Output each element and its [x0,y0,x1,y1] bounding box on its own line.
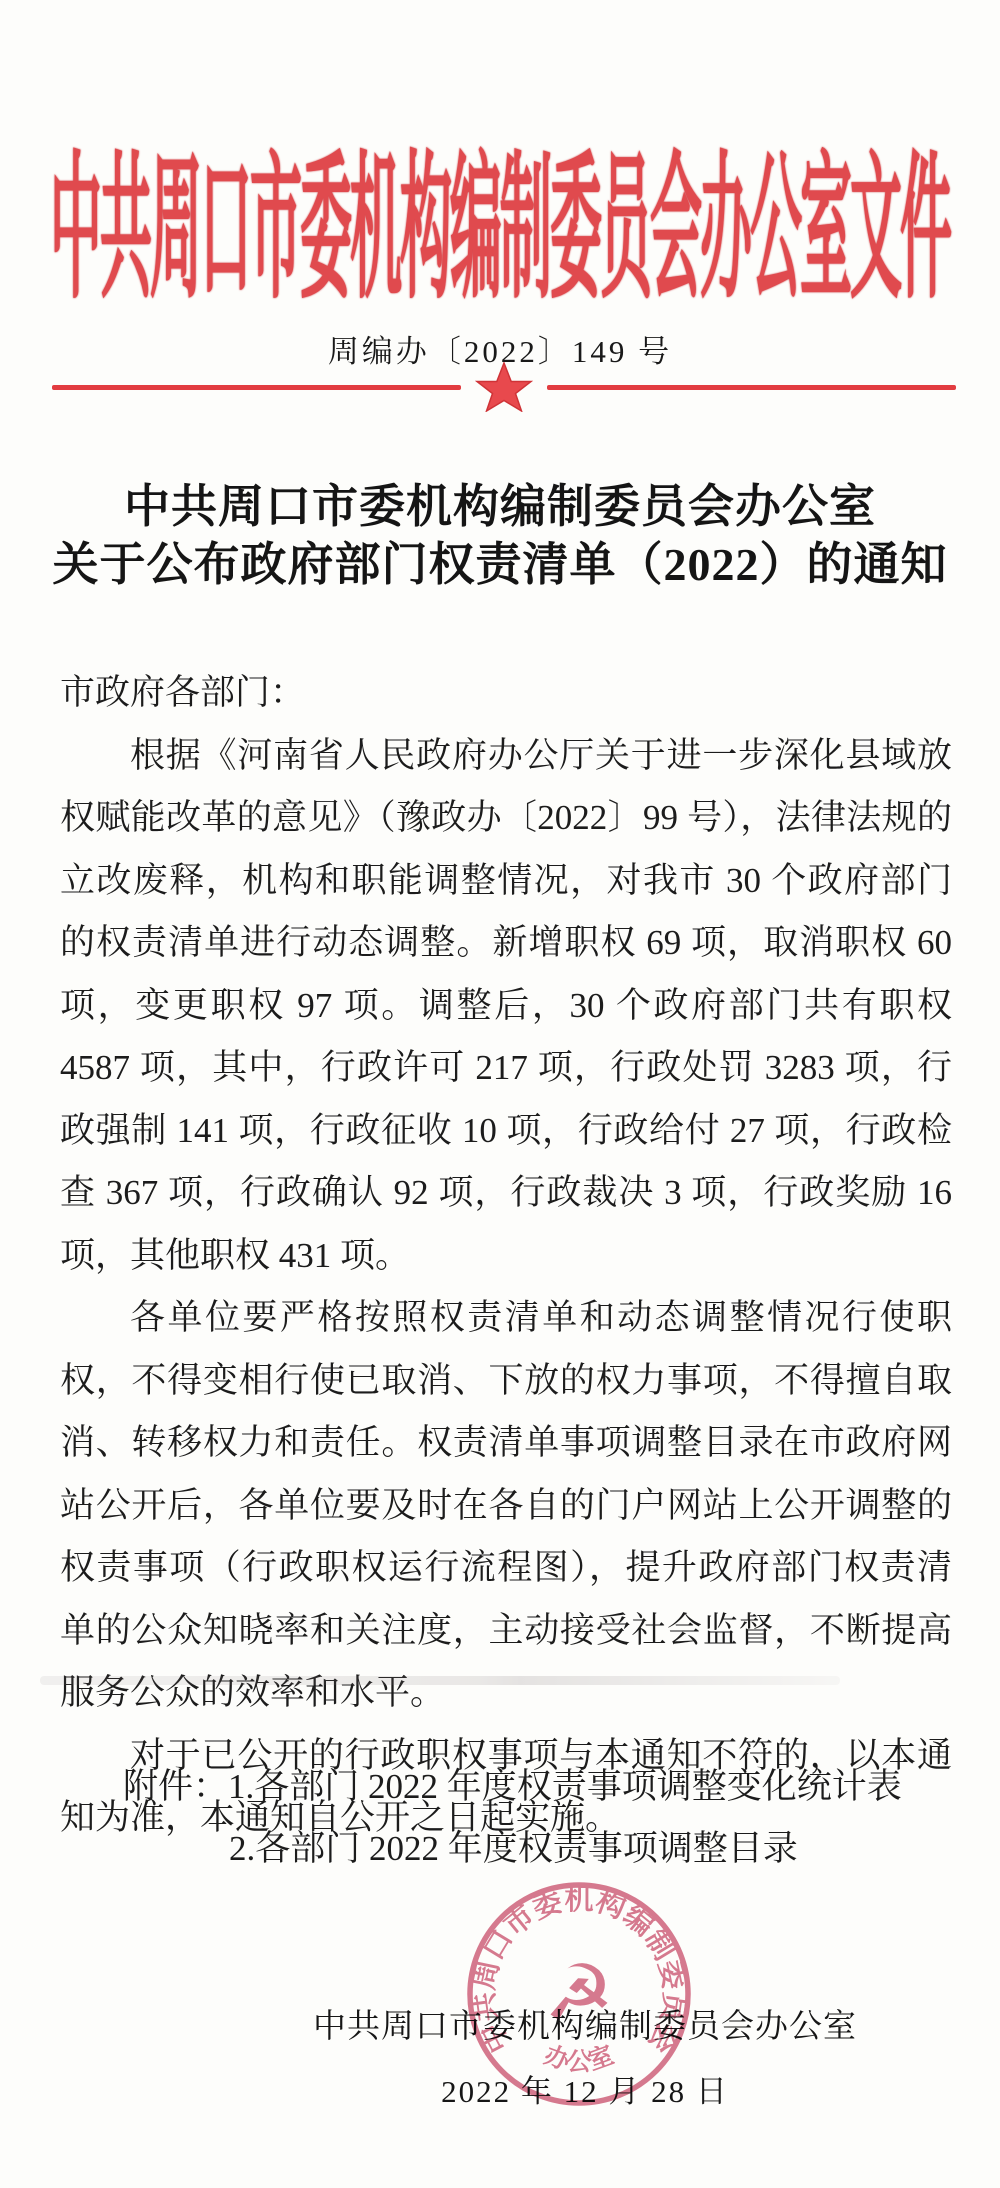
scan-bleedthrough-artifact [40,1676,840,1685]
red-star-icon [475,362,533,412]
attachment-line-2: 2.各部门 2022 年度权责事项调整目录 [229,1818,902,1880]
document-title: 中共周口市委机构编制委员会办公室 关于公布政府部门权责清单（2022）的通知 [0,478,1000,594]
salutation: 市政府各部门： [60,662,952,725]
attachments-block: 附件：1.各部门 2022 年度权责事项调整变化统计表 2.各部门 2022 年… [123,1756,902,1880]
rule-right-segment [547,385,956,390]
letterhead-org-title: 中共周口市委机构编制委员会办公室文件 [50,100,950,329]
official-document-page: 中共周口市委机构编制委员会办公室文件 周编办〔2022〕149 号 中共周口市委… [0,0,1000,2188]
official-seal: 中共周口市委机构编制委员会 办公室 ☭ [461,1876,697,2112]
document-title-line1: 中共周口市委机构编制委员会办公室 [0,478,1000,536]
letterhead-banner: 中共周口市委机构编制委员会办公室文件 [0,100,1000,175]
document-body: 市政府各部门： 根据《河南省人民政府办公厅关于进一步深化县域放权赋能改革的意见》… [60,662,952,1850]
hammer-sickle-icon: ☭ [544,1949,614,2039]
seal-bottom-text: 办公室 [541,2041,618,2076]
paragraph-2: 各单位要严格按照权责清单和动态调整情况行使职权，不得变相行使已取消、下放的权力事… [60,1287,952,1725]
red-divider-rule [52,362,956,412]
document-title-line2: 关于公布政府部门权责清单（2022）的通知 [0,536,1000,594]
rule-left-segment [52,385,461,390]
attachment-line-1: 附件：1.各部门 2022 年度权责事项调整变化统计表 [123,1756,902,1818]
paragraph-1: 根据《河南省人民政府办公厅关于进一步深化县域放权赋能改革的意见》（豫政办〔202… [60,725,952,1288]
